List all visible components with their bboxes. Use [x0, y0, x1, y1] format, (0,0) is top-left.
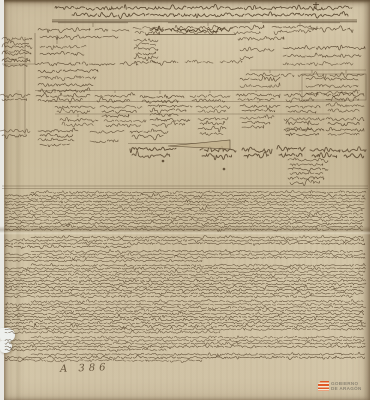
script-line	[132, 151, 170, 158]
script-line	[150, 118, 190, 122]
script-line	[0, 94, 30, 98]
script-line	[35, 62, 80, 65]
script-line	[306, 84, 358, 87]
script-line	[328, 133, 359, 136]
script-line	[274, 30, 311, 35]
script-line	[185, 60, 213, 63]
script-line	[5, 228, 363, 232]
script-line	[5, 225, 363, 228]
script-line	[5, 206, 364, 210]
script-line	[134, 47, 158, 51]
script-line	[326, 127, 364, 131]
script-line	[62, 122, 93, 127]
script-line	[5, 260, 202, 263]
script-line	[242, 125, 264, 128]
script-line	[120, 61, 138, 65]
handwriting-ink-layer	[0, 0, 370, 400]
script-line	[31, 190, 366, 194]
script-line	[100, 105, 142, 108]
script-line	[38, 69, 98, 72]
script-line	[112, 30, 129, 32]
script-line	[102, 114, 129, 117]
script-line	[5, 315, 363, 319]
script-line	[240, 76, 280, 81]
script-line	[4, 64, 27, 66]
script-line	[246, 73, 294, 77]
script-line	[5, 306, 366, 310]
script-line	[310, 147, 340, 152]
script-line	[242, 109, 275, 112]
script-line	[238, 98, 274, 101]
script-line	[5, 312, 364, 315]
script-line	[38, 83, 93, 86]
script-line	[130, 129, 168, 134]
ink-mark	[162, 160, 165, 163]
script-line	[55, 4, 352, 10]
script-line	[5, 288, 363, 292]
script-line	[135, 31, 160, 35]
script-line	[5, 270, 365, 274]
script-line	[148, 105, 192, 107]
script-line	[5, 239, 363, 243]
script-line	[31, 336, 364, 339]
script-line	[5, 255, 365, 259]
script-line	[5, 273, 363, 277]
script-line	[5, 324, 365, 328]
script-line	[286, 121, 319, 125]
script-line	[38, 28, 90, 33]
script-line	[5, 245, 130, 249]
script-line	[5, 309, 364, 313]
script-line	[5, 221, 362, 225]
script-line	[2, 59, 30, 62]
script-line	[55, 106, 95, 108]
script-line	[326, 96, 359, 101]
script-line	[240, 56, 253, 59]
script-line	[328, 122, 359, 126]
script-line	[5, 355, 365, 359]
script-line	[242, 121, 270, 124]
script-line	[36, 93, 90, 97]
script-line	[277, 145, 305, 150]
script-line	[40, 133, 73, 137]
script-line	[196, 105, 230, 108]
script-line	[5, 348, 166, 352]
script-line	[5, 345, 365, 349]
script-line	[5, 303, 363, 307]
archival-reference: A 386	[60, 362, 110, 375]
script-line	[198, 109, 226, 113]
script-line	[2, 135, 27, 139]
script-line	[5, 267, 365, 271]
script-line	[220, 61, 242, 63]
script-line	[5, 242, 365, 246]
script-line	[134, 39, 158, 42]
script-line	[198, 126, 226, 132]
logo-text: GOBIERNO DE ARAGÓN	[331, 381, 362, 391]
script-line	[326, 103, 364, 107]
script-line	[284, 118, 324, 121]
script-line	[286, 133, 319, 136]
script-line	[283, 61, 353, 65]
script-line	[40, 45, 86, 49]
script-line	[38, 138, 74, 141]
script-line	[38, 128, 78, 132]
script-line	[2, 44, 32, 49]
script-line	[106, 124, 140, 127]
script-line	[38, 76, 96, 81]
script-line	[240, 105, 280, 109]
script-line	[40, 144, 70, 147]
drawn-wedge	[168, 140, 230, 149]
script-line	[328, 109, 359, 112]
script-line	[240, 47, 274, 51]
script-line	[5, 200, 364, 203]
script-line	[31, 352, 364, 356]
script-line	[136, 52, 156, 55]
script-line	[288, 110, 316, 113]
script-line	[232, 25, 264, 29]
script-line	[238, 36, 284, 40]
script-line	[312, 153, 337, 158]
script-line	[272, 25, 317, 28]
script-line	[95, 28, 108, 31]
script-line	[200, 121, 225, 125]
script-line	[72, 12, 348, 19]
script-line	[40, 51, 84, 55]
script-line	[90, 130, 124, 133]
script-line	[202, 154, 232, 160]
script-line	[198, 117, 228, 120]
script-line	[288, 168, 328, 171]
script-line	[104, 120, 146, 123]
logo-line2: DE ARAGÓN	[331, 386, 362, 391]
script-line	[5, 330, 220, 333]
script-line	[240, 83, 280, 88]
script-line	[5, 339, 365, 342]
script-line	[2, 98, 27, 100]
script-line	[283, 45, 365, 50]
script-line	[4, 57, 28, 60]
script-line	[31, 235, 363, 239]
script-line	[288, 158, 328, 163]
script-line	[283, 53, 361, 57]
script-line	[286, 105, 320, 108]
script-line	[306, 76, 358, 80]
script-line	[244, 152, 269, 158]
script-line	[40, 35, 118, 40]
script-line	[31, 299, 363, 303]
script-line	[290, 172, 323, 175]
script-line	[240, 115, 274, 120]
script-line	[190, 95, 230, 98]
script-line	[82, 62, 115, 66]
script-line	[5, 218, 364, 222]
script-line	[5, 341, 365, 345]
script-line	[132, 134, 163, 140]
script-line	[140, 95, 184, 98]
script-line	[136, 43, 156, 46]
script-line	[234, 32, 260, 34]
script-line	[0, 129, 30, 133]
script-line	[330, 73, 364, 78]
script-line	[344, 154, 364, 158]
script-line	[134, 55, 158, 61]
script-line	[242, 147, 272, 153]
script-line	[308, 26, 353, 33]
script-line	[5, 327, 363, 331]
script-line	[290, 164, 323, 166]
script-line	[290, 179, 320, 185]
script-line	[5, 285, 364, 289]
script-line	[5, 318, 362, 322]
script-line	[152, 121, 185, 127]
scanned-page: A 386 GOBIERNO DE ARAGÓN	[0, 0, 370, 400]
script-line	[5, 279, 366, 283]
script-line	[288, 177, 324, 180]
script-line	[5, 203, 363, 207]
script-line	[279, 153, 302, 157]
aragon-stripes-icon	[318, 381, 329, 391]
script-line	[5, 194, 364, 198]
script-line	[5, 253, 365, 257]
script-line	[102, 110, 136, 113]
script-line	[152, 61, 178, 65]
script-line	[5, 295, 352, 298]
script-line	[5, 215, 363, 219]
script-line	[5, 197, 365, 201]
script-line	[31, 263, 366, 267]
script-line	[236, 93, 280, 97]
script-line	[326, 117, 364, 120]
script-line	[2, 37, 32, 41]
script-line	[200, 133, 223, 136]
script-line	[150, 108, 186, 114]
script-line	[342, 147, 366, 152]
script-line	[5, 282, 366, 286]
script-line	[57, 109, 90, 114]
script-line	[90, 140, 118, 143]
script-line	[60, 117, 98, 122]
script-line	[95, 93, 135, 97]
gobierno-de-aragon-logo: GOBIERNO DE ARAGÓN	[318, 381, 362, 391]
ink-mark	[223, 168, 226, 171]
script-line	[31, 250, 362, 254]
